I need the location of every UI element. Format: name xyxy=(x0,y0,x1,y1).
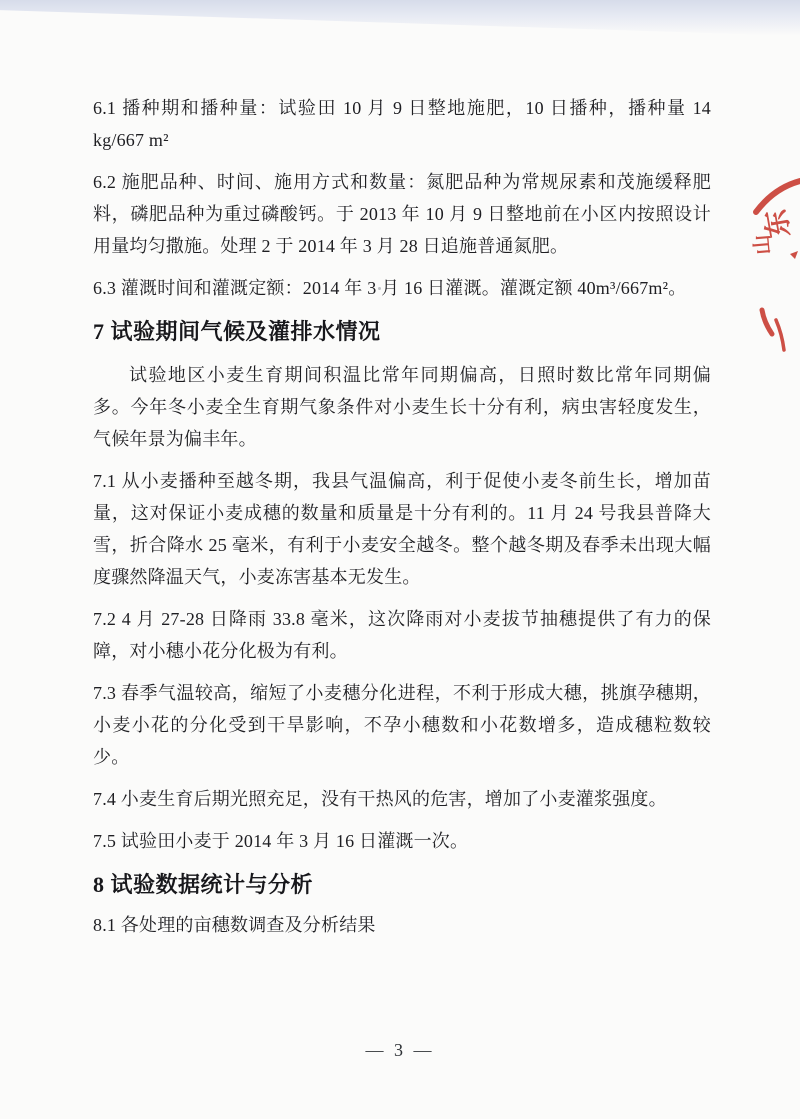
paragraph-8-1: 8.1 各处理的亩穗数调查及分析结果 xyxy=(93,909,711,941)
page-number: — 3 — xyxy=(0,1040,800,1061)
seal-character-bottom-icon: 山 xyxy=(750,234,775,256)
paragraph-6-1: 6.1 播种期和播种量：试验田 10 月 9 日整地施肥，10 日播种，播种量 … xyxy=(93,92,711,156)
scanner-edge-band xyxy=(0,0,800,36)
paragraph-7-1: 7.1 从小麦播种至越冬期，我县气温偏高，利于促使小麦冬前生长，增加苗量，这对保… xyxy=(93,465,711,593)
section-heading-8: 8 试验数据统计与分析 xyxy=(93,867,711,903)
seal-rim-arc-bottom-1 xyxy=(762,310,772,334)
paragraph-7-3: 7.3 春季气温较高，缩短了小麦穗分化进程，不利于形成大穗，挑旗孕穗期，小麦小花… xyxy=(93,677,711,773)
scanned-document-page: 东 山 6.1 播种期和播种量：试验田 10 月 9 日整地施肥，10 日播种，… xyxy=(0,0,800,1119)
paragraph-7-4: 7.4 小麦生育后期光照充足，没有干热风的危害，增加了小麦灌浆强度。 xyxy=(93,783,711,815)
document-content: 6.1 播种期和播种量：试验田 10 月 9 日整地施肥，10 日播种，播种量 … xyxy=(93,92,711,951)
red-seal-stamp: 东 山 xyxy=(738,170,800,362)
paragraph-6-2: 6.2 施肥品种、时间、施用方式和数量：氮肥品种为常规尿素和茂施缓释肥料，磷肥品… xyxy=(93,166,711,262)
paragraph-6-3: 6.3 灌溉时间和灌溉定额：2014 年 3 月 16 日灌溉。灌溉定额 40m… xyxy=(93,272,711,304)
paragraph-7-5: 7.5 试验田小麦于 2014 年 3 月 16 日灌溉一次。 xyxy=(93,825,711,857)
section-heading-7: 7 试验期间气候及灌排水情况 xyxy=(93,314,711,350)
seal-rim-arc-top xyxy=(756,181,800,212)
paragraph-7-intro: 试验地区小麦生育期间积温比常年同期偏高，日照时数比常年同期偏多。今年冬小麦全生育… xyxy=(93,359,711,455)
paragraph-7-2: 7.2 4 月 27-28 日降雨 33.8 毫米，这次降雨对小麦拔节抽穗提供了… xyxy=(93,603,711,667)
seal-ink-dot xyxy=(790,251,798,259)
seal-rim-arc-bottom-2 xyxy=(776,320,784,350)
